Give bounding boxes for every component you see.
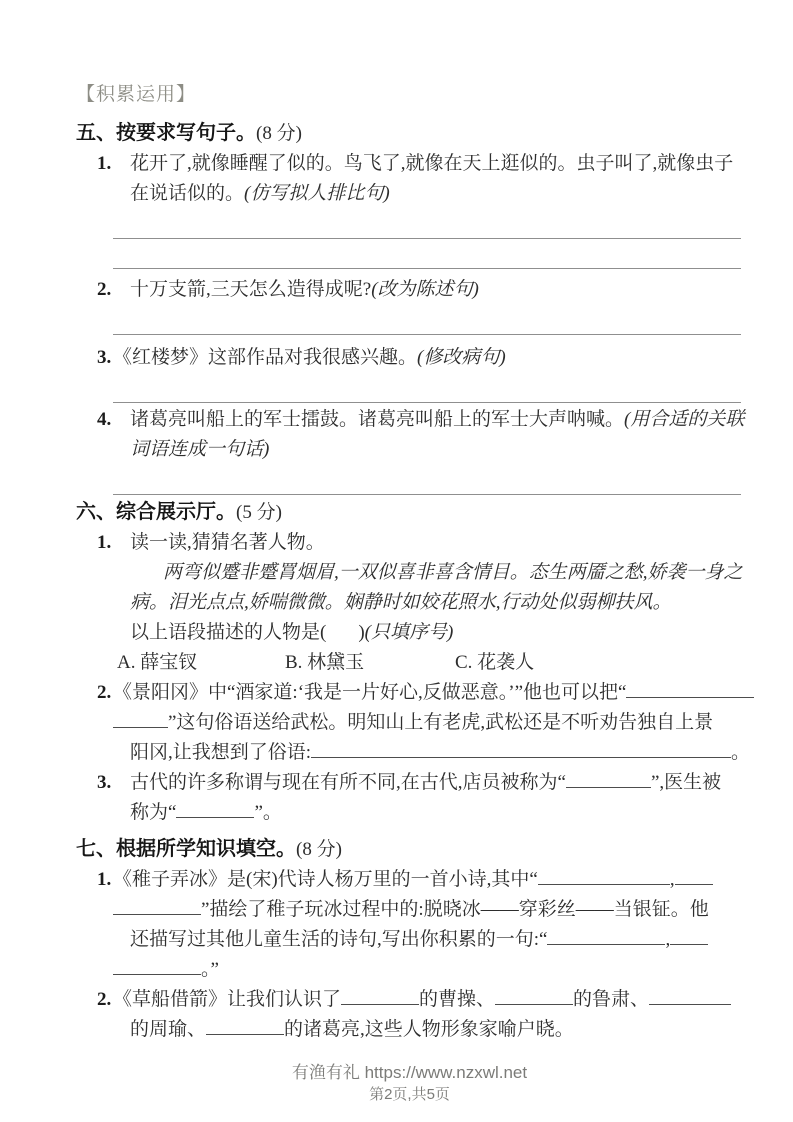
answer-blank: [547, 932, 665, 945]
question-text-line: 称为“”。: [130, 798, 743, 828]
question-text-line: 词语连成一句话): [130, 435, 743, 465]
question-text: 读一读,猜猜名著人物。: [130, 532, 325, 553]
question-number: 2.: [97, 678, 111, 708]
option-a: A. 薛宝钗: [117, 648, 285, 678]
question-number: 4.: [97, 405, 111, 435]
excerpt-line: 病。泪光点点,娇喘微微。娴静时如姣花照水,行动处似弱柳扶风。: [130, 588, 743, 618]
excerpt-line: 两弯似蹙非蹙罥烟眉,一双似喜非喜含情目。态生两靥之愁,娇袭一身之: [130, 558, 743, 588]
question-number: 1.: [97, 865, 111, 895]
question-text-line: 以上语段描述的人物是()(只填序号): [130, 618, 743, 648]
question-number: 1.: [97, 528, 111, 558]
question-text: 《红楼梦》这部作品对我很感兴趣。: [113, 347, 417, 368]
question-text-line: 《红楼梦》这部作品对我很感兴趣。(修改病句): [130, 343, 743, 373]
section-5-heading: 五、按要求写句子。(8 分): [76, 118, 743, 149]
question-text: ”描绘了稚子玩冰过程中的:脱晓冰——穿彩丝——当银钲。他: [201, 899, 709, 920]
question-text-line: 在说话似的。(仿写拟人排比句): [130, 179, 743, 209]
answer-blank: [113, 715, 168, 728]
question-text-line: 还描写过其他儿童生活的诗句,写出你积累的一句:“,: [130, 925, 743, 955]
question-number: 1.: [97, 149, 111, 179]
question-text-line: 十万支箭,三天怎么造得成呢?(改为陈述句): [130, 275, 743, 305]
option-b: B. 林黛玉: [285, 648, 455, 678]
question-text: 的鲁肃、: [573, 989, 649, 1010]
question-text: 《草船借箭》让我们认识了: [113, 989, 341, 1010]
question-text: 还描写过其他儿童生活的诗句,写出你积累的一句:“: [130, 929, 547, 950]
section-7-heading: 七、根据所学知识填空。(8 分): [76, 834, 743, 865]
question-text: 以上语段描述的人物是(: [130, 622, 326, 643]
question-number: 3.: [97, 768, 111, 798]
question-text: ”,医生被: [651, 772, 721, 793]
section-5-score: (8 分): [256, 123, 302, 144]
question-text-line: ”描绘了稚子玩冰过程中的:脱晓冰——穿彩丝——当银钲。他: [113, 895, 743, 925]
answer-blank: [626, 685, 754, 698]
instruction-note: (仿写拟人排比句): [244, 183, 390, 204]
question-text: 花开了,就像睡醒了似的。鸟飞了,就像在天上逛似的。虫子叫了,就像虫子: [130, 153, 733, 174]
question-text-line: 。”: [113, 955, 743, 985]
section-5-title: 五、按要求写句子。: [76, 122, 256, 144]
section-banner: 【积累运用】: [76, 84, 743, 106]
question-text: ”这句俗语送给武松。明知山上有老虎,武松还是不听劝告独自上景: [168, 712, 713, 733]
section-6-title: 六、综合展示厅。: [76, 501, 236, 523]
answer-line: [113, 465, 741, 495]
question-5-1: 1. 花开了,就像睡醒了似的。鸟飞了,就像在天上逛似的。虫子叫了,就像虫子 在说…: [130, 149, 743, 209]
question-text-line: 《景阳冈》中“酒家道:‘我是一片好心,反做恶意。’”他也可以把“: [130, 678, 743, 708]
answer-blank: [670, 932, 708, 945]
answer-blank: [113, 902, 201, 915]
answer-blank: [566, 775, 651, 788]
question-7-2: 2. 《草船借箭》让我们认识了的曹操、的鲁肃、 的周瑜、的诸葛亮,这些人物形象家…: [130, 985, 743, 1045]
answer-line: [113, 373, 741, 403]
answer-blank: [113, 962, 201, 975]
footer-page-number: 第2页,共5页: [76, 1084, 743, 1105]
section-6-score: (5 分): [236, 502, 282, 523]
section-7-title: 七、根据所学知识填空。: [76, 838, 296, 860]
answer-blank: [206, 1022, 284, 1035]
footer-site-url: 有渔有礼 https://www.nzxwl.net: [76, 1061, 743, 1084]
question-5-3: 3. 《红楼梦》这部作品对我很感兴趣。(修改病句): [130, 343, 743, 373]
answer-blank: [311, 745, 731, 758]
instruction-note: (用合适的关联: [624, 409, 744, 430]
question-text: 阳冈,让我想到了俗语:: [130, 742, 311, 763]
question-5-2: 2. 十万支箭,三天怎么造得成呢?(改为陈述句): [130, 275, 743, 305]
question-text-line: 诸葛亮叫船上的军士擂鼓。诸葛亮叫船上的军士大声呐喊。(用合适的关联: [130, 405, 743, 435]
question-text: 《景阳冈》中“酒家道:‘我是一片好心,反做恶意。’”他也可以把“: [113, 682, 626, 703]
question-number: 2.: [97, 985, 111, 1015]
question-text: 《稚子弄冰》是(宋)代诗人杨万里的一首小诗,其中“: [113, 869, 538, 890]
question-number: 2.: [97, 275, 111, 305]
exam-page: 【积累运用】 五、按要求写句子。(8 分) 1. 花开了,就像睡醒了似的。鸟飞了…: [0, 0, 793, 1122]
question-text: 的诸葛亮,这些人物形象家喻户晓。: [284, 1019, 574, 1040]
answer-blank: [176, 805, 254, 818]
answer-blank: [538, 872, 670, 885]
section-7-score: (8 分): [296, 839, 342, 860]
question-number: 3.: [97, 343, 111, 373]
instruction-note: (修改病句): [417, 347, 506, 368]
question-5-4: 4. 诸葛亮叫船上的军士擂鼓。诸葛亮叫船上的军士大声呐喊。(用合适的关联 词语连…: [130, 405, 743, 465]
option-c: C. 花袭人: [455, 648, 534, 678]
instruction-note: 词语连成一句话): [130, 439, 269, 460]
instruction-note: (只填序号): [365, 622, 454, 643]
excerpt-text: 两弯似蹙非蹙罥烟眉,一双似喜非喜含情目。态生两靥之愁,娇袭一身之: [163, 562, 743, 583]
answer-line: [113, 239, 741, 269]
answer-blank: [495, 992, 573, 1005]
question-text-line: 读一读,猜猜名著人物。: [130, 528, 743, 558]
instruction-note: (改为陈述句): [371, 279, 479, 300]
question-text: 的周瑜、: [130, 1019, 206, 1040]
answer-line: [113, 305, 741, 335]
question-text: 。”: [201, 959, 219, 980]
answer-blank: [675, 872, 713, 885]
question-text-line: 花开了,就像睡醒了似的。鸟飞了,就像在天上逛似的。虫子叫了,就像虫子: [130, 149, 743, 179]
answer-line: [113, 209, 741, 239]
question-text: 古代的许多称谓与现在有所不同,在古代,店员被称为“: [130, 772, 566, 793]
options-row: A. 薛宝钗B. 林黛玉C. 花袭人: [117, 648, 743, 678]
question-text-line: 的周瑜、的诸葛亮,这些人物形象家喻户晓。: [130, 1015, 743, 1045]
question-6-1: 1. 读一读,猜猜名著人物。 两弯似蹙非蹙罥烟眉,一双似喜非喜含情目。态生两靥之…: [130, 528, 743, 678]
question-text-line: 阳冈,让我想到了俗语:。: [130, 738, 743, 768]
answer-blank: [341, 992, 419, 1005]
question-text: ”。: [254, 802, 281, 823]
question-text-line: 《草船借箭》让我们认识了的曹操、的鲁肃、: [130, 985, 743, 1015]
question-text-line: 《稚子弄冰》是(宋)代诗人杨万里的一首小诗,其中“,: [130, 865, 743, 895]
question-text: 十万支箭,三天怎么造得成呢?: [130, 279, 371, 300]
question-text: 的曹操、: [419, 989, 495, 1010]
page-footer: 有渔有礼 https://www.nzxwl.net 第2页,共5页: [76, 1061, 743, 1105]
answer-blank: [649, 992, 731, 1005]
question-text: 称为“: [130, 802, 176, 823]
excerpt-text: 病。泪光点点,娇喘微微。娴静时如姣花照水,行动处似弱柳扶风。: [130, 592, 672, 613]
section-6-heading: 六、综合展示厅。(5 分): [76, 497, 743, 528]
question-6-2: 2. 《景阳冈》中“酒家道:‘我是一片好心,反做恶意。’”他也可以把“ ”这句俗…: [130, 678, 743, 768]
question-text: 诸葛亮叫船上的军士擂鼓。诸葛亮叫船上的军士大声呐喊。: [130, 409, 624, 430]
question-text-line: ”这句俗语送给武松。明知山上有老虎,武松还是不听劝告独自上景: [113, 708, 743, 738]
question-6-3: 3. 古代的许多称谓与现在有所不同,在古代,店员被称为“”,医生被 称为“”。: [130, 768, 743, 828]
question-text-line: 古代的许多称谓与现在有所不同,在古代,店员被称为“”,医生被: [130, 768, 743, 798]
question-7-1: 1. 《稚子弄冰》是(宋)代诗人杨万里的一首小诗,其中“, ”描绘了稚子玩冰过程…: [130, 865, 743, 985]
question-text: 在说话似的。: [130, 183, 244, 204]
question-text: 。: [731, 742, 750, 763]
